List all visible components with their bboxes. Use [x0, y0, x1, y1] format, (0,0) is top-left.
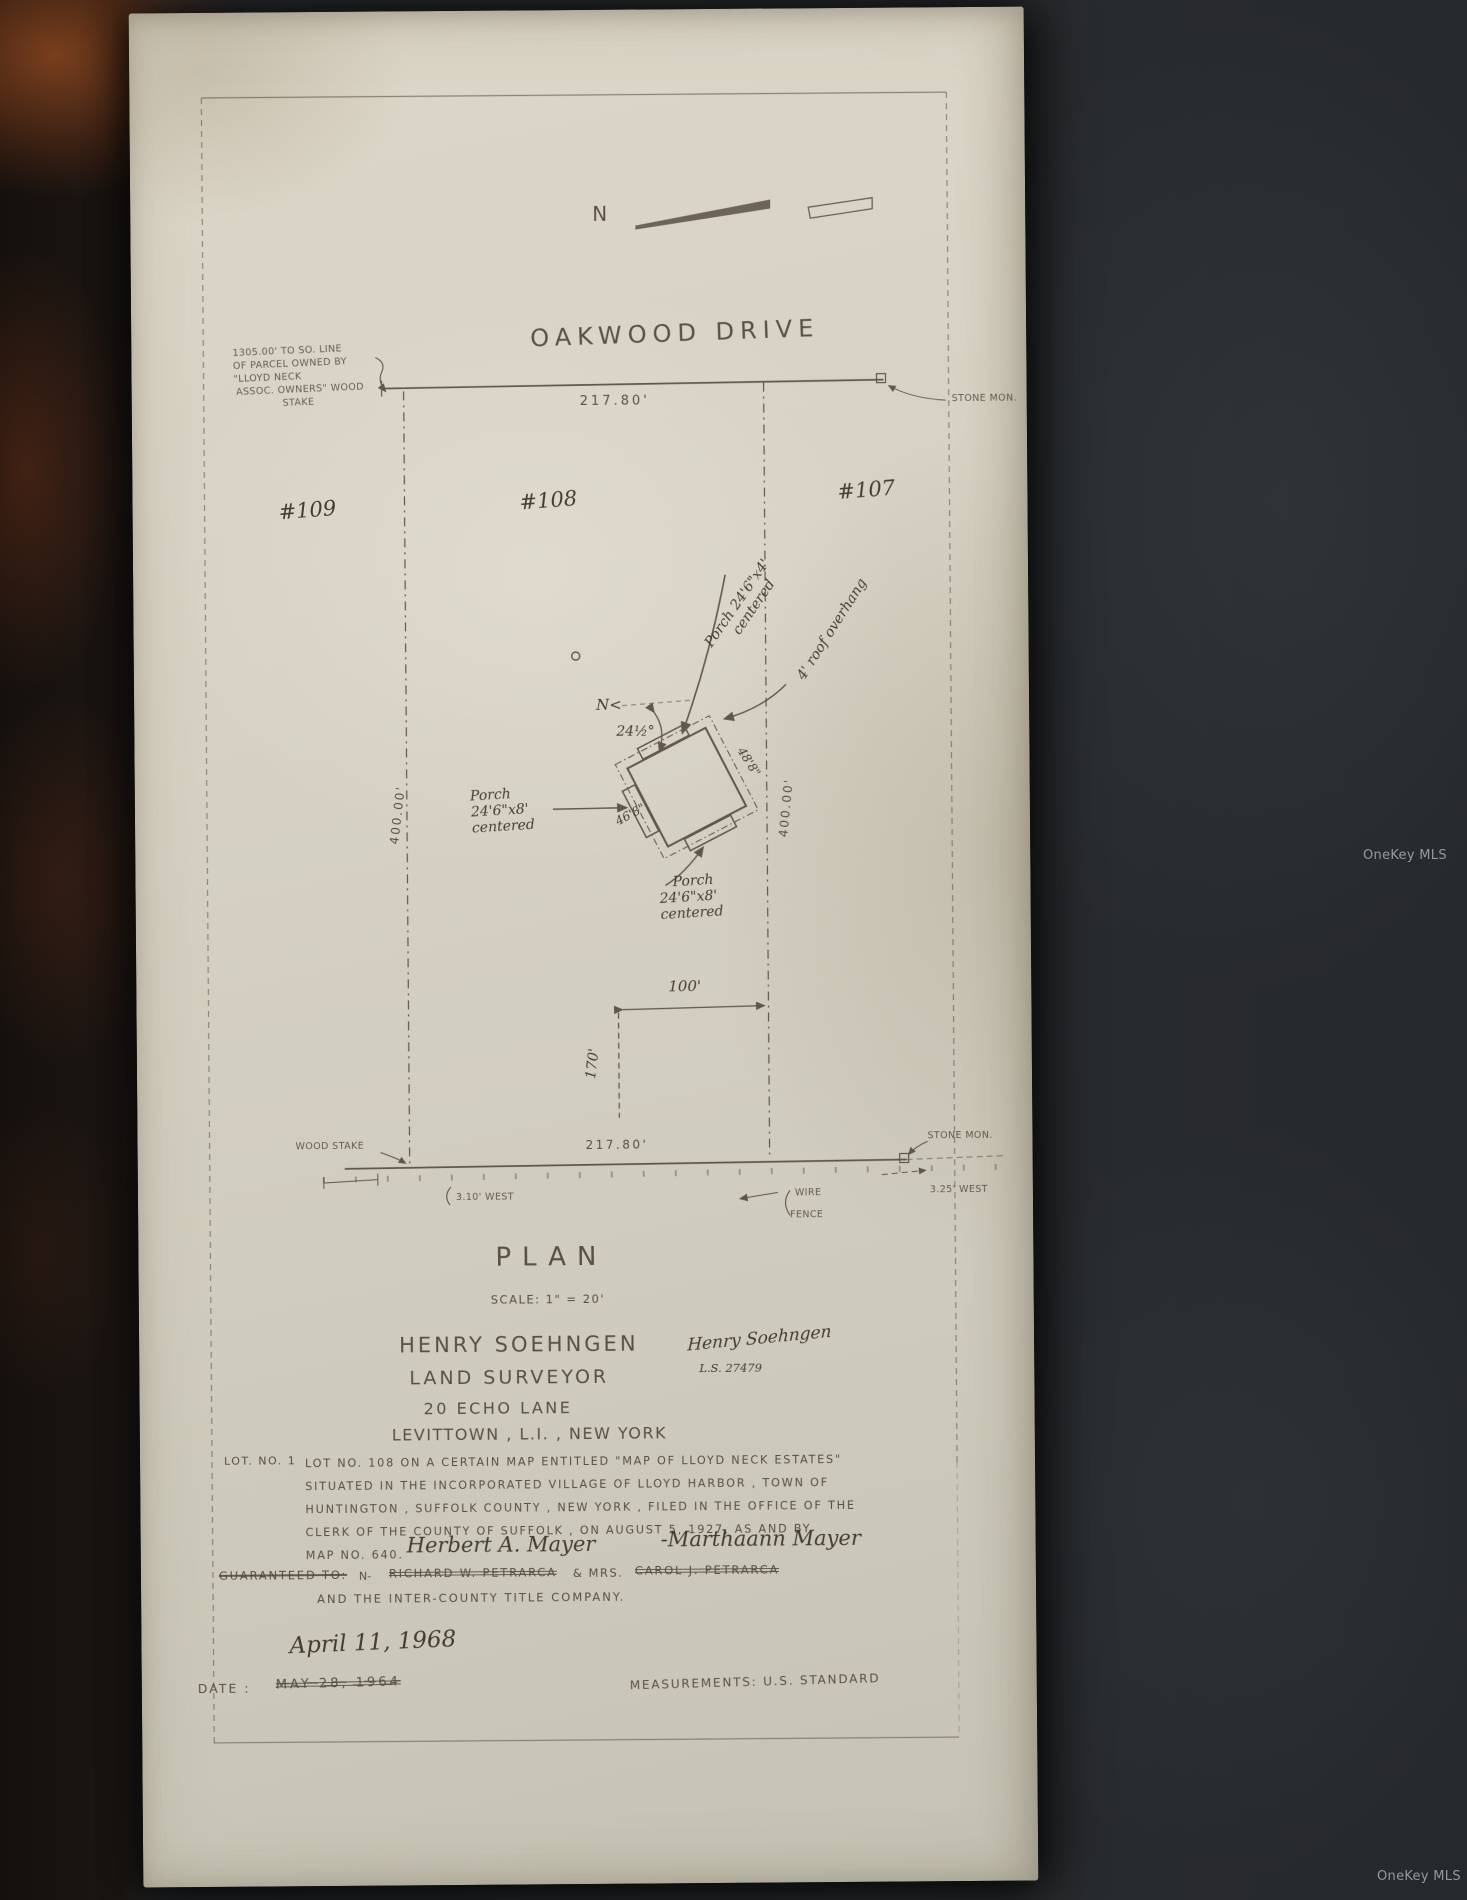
- guarantee-prefix: N-: [359, 1570, 371, 1583]
- guarantee-handwritten2: -Marthaann Mayer: [661, 1526, 861, 1552]
- setback-width-label: 100': [668, 977, 701, 995]
- lot-number-109: #109: [278, 496, 337, 524]
- stone-monument-top-label: STONE MON.: [952, 392, 1017, 406]
- surveyor-name: HENRY SOEHNGEN: [399, 1332, 639, 1358]
- house-angle-label: 24½°: [616, 723, 655, 739]
- guarantee-line2: AND THE INTER-COUNTY TITLE COMPANY.: [317, 1590, 625, 1606]
- porch-bottom-label: Porch 24'6"x8' centered: [658, 871, 724, 923]
- offset-right-label: 3.25' WEST: [930, 1183, 988, 1196]
- north-arrow-icon: [635, 200, 770, 230]
- north-label: N: [592, 202, 607, 226]
- watermark-onekey-mls-bottom: OneKey MLS: [1377, 1869, 1461, 1884]
- stone-monument-bottom-label: STONE MON.: [927, 1129, 992, 1143]
- date-label: DATE :: [198, 1681, 251, 1696]
- plan-title: PLAN: [495, 1242, 607, 1273]
- front-dimension: 217.80': [580, 393, 650, 409]
- wire-fence-label-line1: WIRE: [795, 1186, 822, 1199]
- plan-scale: SCALE: 1" = 20': [491, 1292, 605, 1307]
- porch-left-label: Porch 24'6"x8' centered: [470, 785, 536, 837]
- wood-stake-label: WOOD STAKE: [296, 1140, 365, 1154]
- surveyor-license: L.S. 27479: [699, 1361, 762, 1375]
- lot-number-107: #107: [837, 476, 896, 504]
- watermark-onekey-mls-top: OneKey MLS: [1363, 848, 1447, 863]
- guarantee-struck-name1: RICHARD W. PETRARCA: [389, 1565, 557, 1580]
- wire-fence-label-line2: FENCE: [790, 1208, 823, 1221]
- stone-monument-top-marker: [877, 374, 886, 383]
- lot-note-label: LOT. NO. 1: [224, 1454, 296, 1468]
- rear-dimension: 217.80': [586, 1137, 649, 1151]
- lot-number-108: #108: [519, 486, 578, 514]
- surveyor-title: LAND SURVEYOR: [409, 1366, 609, 1390]
- scanned-survey-photo: N OAKWOOD DRIVE 1305.00' TO SO. LINE OF …: [0, 0, 1467, 1900]
- date-struck-old: MAY 28, 1964: [276, 1674, 401, 1692]
- guarantee-joiner: & MRS.: [573, 1566, 624, 1580]
- survey-paper: N OAKWOOD DRIVE 1305.00' TO SO. LINE OF …: [129, 7, 1039, 1888]
- offset-left-label: 3.10' WEST: [456, 1191, 514, 1204]
- guarantee-struck-name2: CAROL J. PETRARCA: [635, 1562, 779, 1577]
- surveyor-address1: 20 ECHO LANE: [424, 1398, 573, 1418]
- plan-linework: [129, 7, 1039, 1888]
- house-north-ref: N<: [596, 696, 622, 714]
- guarantee-handwritten1: Herbert A. Mayer: [407, 1532, 596, 1557]
- guarantee-label: GUARANTEED TO:: [219, 1568, 347, 1583]
- surveyor-address2: LEVITTOWN , L.I. , NEW YORK: [392, 1423, 667, 1444]
- stone-monument-bottom-marker: [900, 1153, 909, 1162]
- north-box-icon: [808, 198, 872, 219]
- adjacent-parcel-note: 1305.00' TO SO. LINE OF PARCEL OWNED BY …: [232, 341, 365, 411]
